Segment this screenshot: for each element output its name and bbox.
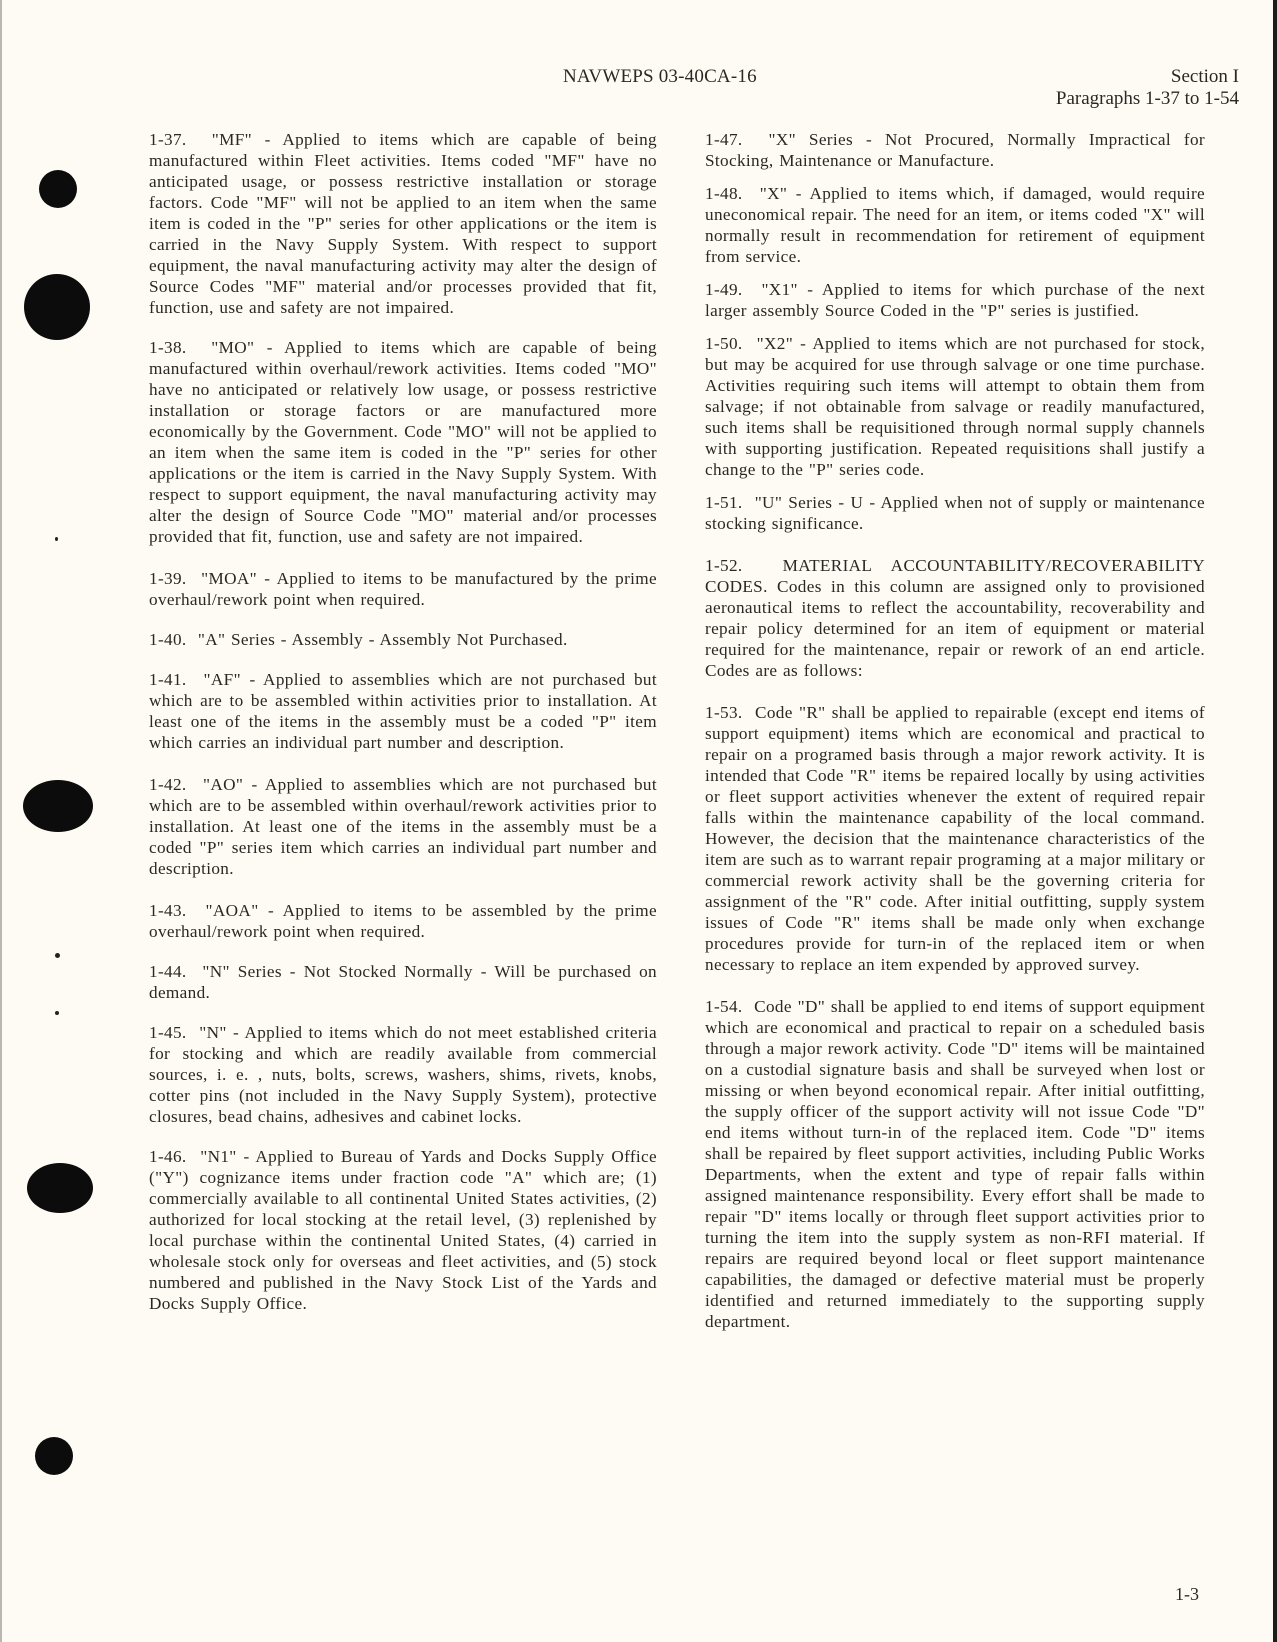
paragraph-text: MATERIAL ACCOUNTABILITY/RECOVERABILITY C…: [705, 556, 1205, 680]
speck-mark: [55, 1011, 59, 1015]
speck-mark: [55, 537, 58, 541]
paragraph-number: 1-46.: [149, 1147, 187, 1166]
paragraph-text: "AOA" - Applied to items to be assembled…: [149, 901, 657, 941]
paragraph-1-43: 1-43. "AOA" - Applied to items to be ass…: [149, 900, 657, 942]
section-label: Section I: [1056, 66, 1239, 88]
punch-hole-icon: [23, 780, 93, 832]
paragraph-1-47: 1-47. "X" Series - Not Procured, Normall…: [705, 129, 1205, 171]
paragraph-1-53: 1-53. Code "R" shall be applied to repai…: [705, 702, 1205, 975]
paragraph-1-51: 1-51. "U" Series - U - Applied when not …: [705, 492, 1205, 534]
paragraph-number: 1-45.: [149, 1023, 187, 1042]
paragraph-1-41: 1-41. "AF" - Applied to assemblies which…: [149, 669, 657, 753]
paragraph-number: 1-44.: [149, 962, 187, 981]
paragraph-1-39: 1-39. "MOA" - Applied to items to be man…: [149, 568, 657, 610]
paragraph-text: "AO" - Applied to assemblies which are n…: [149, 775, 657, 878]
punch-hole-icon: [35, 1437, 73, 1475]
paragraph-1-45: 1-45. "N" - Applied to items which do no…: [149, 1022, 657, 1127]
paragraph-1-54: 1-54. Code "D" shall be applied to end i…: [705, 996, 1205, 1332]
paragraph-text: "N1" - Applied to Bureau of Yards and Do…: [149, 1147, 657, 1313]
paragraph-1-49: 1-49. "X1" - Applied to items for which …: [705, 279, 1205, 321]
paragraph-number: 1-50.: [705, 334, 743, 353]
speck-mark: [55, 953, 60, 958]
paragraph-1-42: 1-42. "AO" - Applied to assemblies which…: [149, 774, 657, 879]
paragraph-text: "MF" - Applied to items which are capabl…: [149, 130, 657, 317]
paragraph-text: Code "D" shall be applied to end items o…: [705, 997, 1205, 1331]
punch-hole-icon: [24, 274, 90, 340]
paragraph-text: "X1" - Applied to items for which purcha…: [705, 280, 1205, 320]
paragraph-text: "N" Series - Not Stocked Normally - Will…: [149, 962, 657, 1002]
paragraph-1-40: 1-40. "A" Series - Assembly - Assembly N…: [149, 629, 657, 650]
punch-hole-icon: [39, 170, 77, 208]
paragraph-1-37: 1-37. "MF" - Applied to items which are …: [149, 129, 657, 318]
paragraph-number: 1-49.: [705, 280, 743, 299]
paragraph-number: 1-38.: [149, 338, 187, 357]
right-column: 1-47. "X" Series - Not Procured, Normall…: [705, 129, 1205, 1344]
page-number: 1-3: [1175, 1584, 1199, 1605]
paragraph-number: 1-51.: [705, 493, 743, 512]
paragraph-1-50: 1-50. "X2" - Applied to items which are …: [705, 333, 1205, 480]
paragraph-number: 1-54.: [705, 997, 743, 1016]
paragraph-1-46: 1-46. "N1" - Applied to Bureau of Yards …: [149, 1146, 657, 1314]
paragraph-text: "X" Series - Not Procured, Normally Impr…: [705, 130, 1205, 170]
section-info: Section I Paragraphs 1-37 to 1-54: [1056, 66, 1239, 110]
paragraph-1-48: 1-48. "X" - Applied to items which, if d…: [705, 183, 1205, 267]
paragraph-1-38: 1-38. "MO" - Applied to items which are …: [149, 337, 657, 547]
paragraph-number: 1-42.: [149, 775, 187, 794]
paragraph-text: "MOA" - Applied to items to be manufactu…: [149, 569, 657, 609]
paragraph-number: 1-47.: [705, 130, 743, 149]
paragraph-text: Code "R" shall be applied to repairable …: [705, 703, 1205, 974]
document-id: NAVWEPS 03-40CA-16: [563, 66, 757, 88]
page-left-edge: [0, 0, 2, 1642]
paragraph-1-44: 1-44. "N" Series - Not Stocked Normally …: [149, 961, 657, 1003]
paragraph-number: 1-40.: [149, 630, 187, 649]
paragraph-text: "MO" - Applied to items which are capabl…: [149, 338, 657, 546]
page-header: NAVWEPS 03-40CA-16 Section I Paragraphs …: [0, 64, 1277, 114]
paragraph-text: "AF" - Applied to assemblies which are n…: [149, 670, 657, 752]
paragraph-text: "N" - Applied to items which do not meet…: [149, 1023, 657, 1126]
paragraph-text: "A" Series - Assembly - Assembly Not Pur…: [198, 630, 568, 649]
paragraphs-range: Paragraphs 1-37 to 1-54: [1056, 88, 1239, 110]
paragraph-text: "U" Series - U - Applied when not of sup…: [705, 493, 1205, 533]
paragraph-number: 1-43.: [149, 901, 187, 920]
paragraph-number: 1-48.: [705, 184, 743, 203]
paragraph-text: "X" - Applied to items which, if damaged…: [705, 184, 1205, 266]
punch-hole-icon: [27, 1163, 93, 1213]
paragraph-text: "X2" - Applied to items which are not pu…: [705, 334, 1205, 479]
paragraph-number: 1-41.: [149, 670, 187, 689]
page-right-edge: [1273, 0, 1277, 1642]
paragraph-number: 1-37.: [149, 130, 187, 149]
paragraph-number: 1-52.: [705, 556, 743, 575]
paragraph-number: 1-53.: [705, 703, 743, 722]
left-column: 1-37. "MF" - Applied to items which are …: [149, 129, 657, 1333]
paragraph-number: 1-39.: [149, 569, 187, 588]
paragraph-1-52: 1-52. MATERIAL ACCOUNTABILITY/RECOVERABI…: [705, 555, 1205, 681]
